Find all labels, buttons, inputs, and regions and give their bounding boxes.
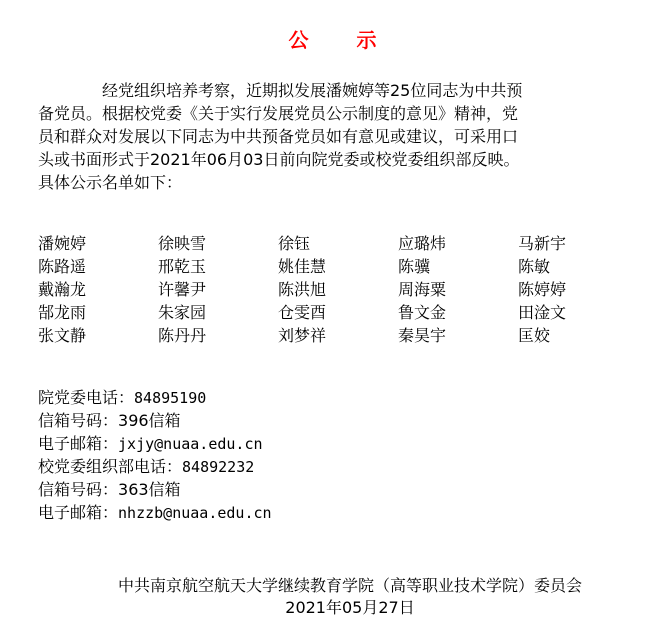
issuing-organization: 中共南京航空航天大学继续教育学院（高等职业技术学院）委员会 xyxy=(0,575,665,597)
candidate-name: 陈丹丹 xyxy=(158,324,278,347)
contact-label: 电子邮箱： xyxy=(38,434,118,453)
candidate-name: 戴瀚龙 xyxy=(38,278,158,301)
contact-value: 396信箱 xyxy=(118,411,181,430)
body-line: 具体公示名单如下： xyxy=(38,171,638,194)
contact-label: 电子邮箱： xyxy=(38,503,118,522)
contact-info: 院党委电话：84895190 信箱号码：396信箱 电子邮箱：jxjy@nuaa… xyxy=(38,386,272,524)
candidate-name: 郜龙雨 xyxy=(38,301,158,324)
body-line: 备党员。根据校党委《关于实行发展党员公示制度的意见》精神，党 xyxy=(38,102,638,125)
body-line: 经党组织培养考察，近期拟发展潘婉婷等25位同志为中共预 xyxy=(38,79,638,102)
candidate-name: 张文静 xyxy=(38,324,158,347)
candidate-name: 陈洪旭 xyxy=(278,278,398,301)
candidate-name: 田淦文 xyxy=(518,301,638,324)
contact-label: 信箱号码： xyxy=(38,480,118,499)
candidate-name: 陈敏 xyxy=(518,255,638,278)
candidate-name: 应璐炜 xyxy=(398,232,518,255)
contact-label: 院党委电话： xyxy=(38,388,134,407)
university-mailbox: 信箱号码：363信箱 xyxy=(38,478,272,501)
candidate-name: 潘婉婷 xyxy=(38,232,158,255)
college-phone: 院党委电话：84895190 xyxy=(38,386,272,409)
candidate-name: 马新宇 xyxy=(518,232,638,255)
contact-value: 363信箱 xyxy=(118,480,181,499)
body-line: 员和群众对发展以下同志为中共预备党员如有意见或建议，可采用口 xyxy=(38,125,638,148)
name-row: 张文静 陈丹丹 刘梦祥 秦昊宇 匡姣 xyxy=(38,324,638,347)
candidate-name: 徐钰 xyxy=(278,232,398,255)
name-row: 陈路遥 邢乾玉 姚佳慧 陈骥 陈敏 xyxy=(38,255,638,278)
issue-date: 2021年05月27日 xyxy=(0,597,665,619)
university-phone: 校党委组织部电话：84892232 xyxy=(38,455,272,478)
candidate-name: 许馨尹 xyxy=(158,278,278,301)
contact-label: 信箱号码： xyxy=(38,411,118,430)
candidate-name: 周海粟 xyxy=(398,278,518,301)
notice-title: 公示 xyxy=(0,26,665,54)
name-row: 潘婉婷 徐映雪 徐钰 应璐炜 马新宇 xyxy=(38,232,638,255)
university-email: 电子邮箱：nhzzb@nuaa.edu.cn xyxy=(38,501,272,524)
body-line: 头或书面形式于2021年06月03日前向院党委或校党委组织部反映。 xyxy=(38,148,638,171)
candidate-name-list: 潘婉婷 徐映雪 徐钰 应璐炜 马新宇 陈路遥 邢乾玉 姚佳慧 陈骥 陈敏 戴瀚龙… xyxy=(38,232,638,347)
contact-value: 84895190 xyxy=(134,389,206,407)
name-row: 郜龙雨 朱家园 仓雯酉 鲁文金 田淦文 xyxy=(38,301,638,324)
contact-value: jxjy@nuaa.edu.cn xyxy=(118,435,263,453)
contact-value: nhzzb@nuaa.edu.cn xyxy=(118,504,272,522)
title-char-2: 示 xyxy=(357,26,377,54)
candidate-name: 刘梦祥 xyxy=(278,324,398,347)
candidate-name: 陈婷婷 xyxy=(518,278,638,301)
contact-label: 校党委组织部电话： xyxy=(38,457,182,476)
name-row: 戴瀚龙 许馨尹 陈洪旭 周海粟 陈婷婷 xyxy=(38,278,638,301)
candidate-name: 匡姣 xyxy=(518,324,638,347)
notice-body: 经党组织培养考察，近期拟发展潘婉婷等25位同志为中共预 备党员。根据校党委《关于… xyxy=(38,79,638,194)
title-char-1: 公 xyxy=(289,26,309,54)
candidate-name: 陈路遥 xyxy=(38,255,158,278)
contact-value: 84892232 xyxy=(182,458,254,476)
college-mailbox: 信箱号码：396信箱 xyxy=(38,409,272,432)
candidate-name: 朱家园 xyxy=(158,301,278,324)
candidate-name: 鲁文金 xyxy=(398,301,518,324)
candidate-name: 邢乾玉 xyxy=(158,255,278,278)
candidate-name: 徐映雪 xyxy=(158,232,278,255)
candidate-name: 秦昊宇 xyxy=(398,324,518,347)
college-email: 电子邮箱：jxjy@nuaa.edu.cn xyxy=(38,432,272,455)
candidate-name: 仓雯酉 xyxy=(278,301,398,324)
candidate-name: 姚佳慧 xyxy=(278,255,398,278)
signature-block: 中共南京航空航天大学继续教育学院（高等职业技术学院）委员会 2021年05月27… xyxy=(0,575,665,619)
candidate-name: 陈骥 xyxy=(398,255,518,278)
